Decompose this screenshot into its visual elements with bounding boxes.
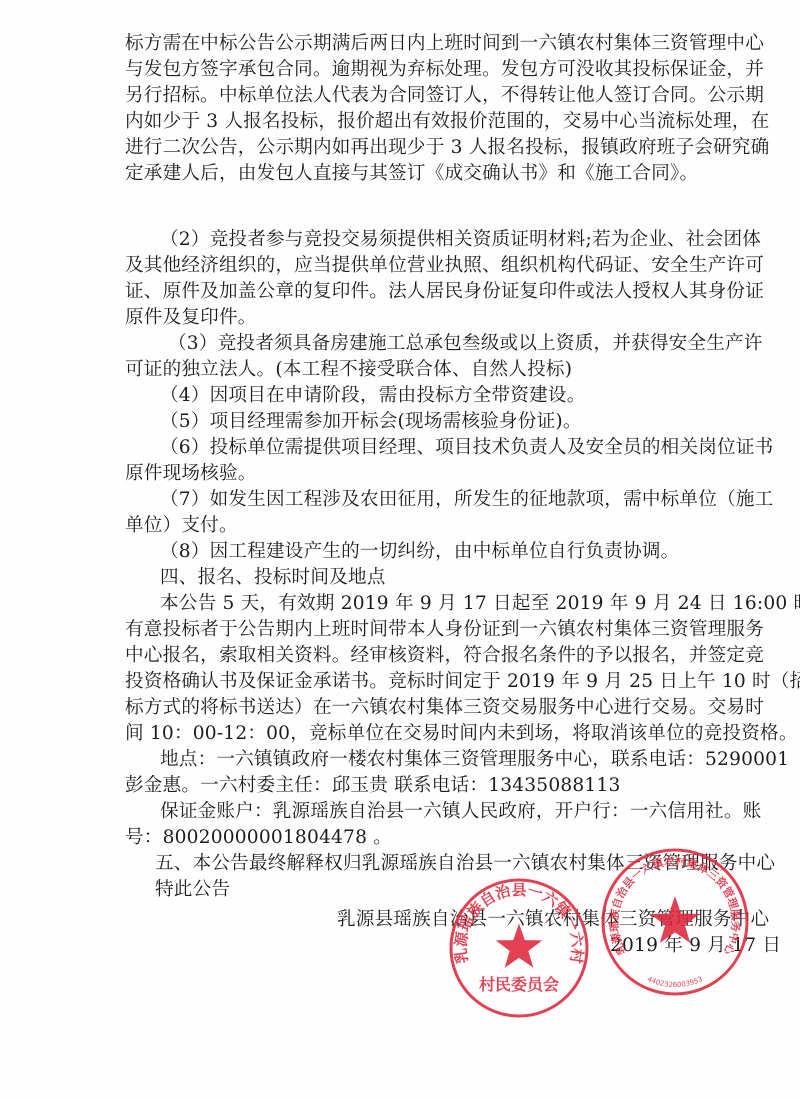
document-line: 2019 年 9 月 17 日 <box>610 935 765 957</box>
document-line: （5）项目经理需参加开标会(现场需核验身份证)。 <box>160 411 570 433</box>
document-line: 有意投标者于公告期内上班时间带本人身份证到一六镇农村集体三资管理服务 <box>125 619 765 641</box>
document-line: （7）如发生因工程涉及农田征用，所发生的征地款项，需中标单位（施工 <box>160 489 765 511</box>
document-line: （8）因工程建设产生的一切纠纷，由中标单位自行负责协调。 <box>160 541 660 563</box>
document-line: 标方需在中标公告公示期满后两日内上班时间到一六镇农村集体三资管理中心 <box>125 33 765 55</box>
document-line: 可证的独立法人。(本工程不接受联合体、自然人投标) <box>125 359 595 381</box>
document-line: 五、本公告最终解释权归乳源瑶族自治县一六镇农村集体三资管理服务中心 <box>155 853 765 875</box>
document-line: 乳源县瑶族自治县一六镇农村集体三资管理服务中心 <box>337 909 765 931</box>
document-line: 保证金账户：乳源瑶族自治县一六镇人民政府，开户行：一六信用社。账 <box>160 801 765 823</box>
document-line: 四、报名、投标时间及地点 <box>160 567 410 589</box>
document-line: 彭金惠。一六村委主任：邱玉贵 联系电话：13435088113 <box>125 775 525 797</box>
document-line: （4）因项目在申请阶段，需由投标方全带资建设。 <box>160 385 600 407</box>
document-line: 进行二次公告，公示期内如再出现少于 3 人报名投标，报镇政府班子会研究确 <box>125 137 765 159</box>
document-line: 及其他经济组织的，应当提供单位营业执照、组织机构代码证、安全生产许可 <box>125 255 765 277</box>
document-line: 原件及复印件。 <box>125 307 245 329</box>
document-page: 标方需在中标公告公示期满后两日内上班时间到一六镇农村集体三资管理中心与发包方签字… <box>0 0 800 1100</box>
document-line: 间 10：00-12：00，竞标单位在交易时间内未到场，将取消该单位的竞投资格。 <box>125 723 765 745</box>
svg-text:村民委员会: 村民委员会 <box>479 975 559 994</box>
document-line: 证、原件及加盖公章的复印件。法人居民身份证复印件或法人授权人其身份证 <box>125 281 765 303</box>
document-line: 与发包方签字承包合同。逾期视为弃标处理。发包方可没收其投标保证金，并 <box>125 59 765 81</box>
document-line: 定承建人后，由发包人直接与其签订《成交确认书》和《施工合同》。 <box>125 163 645 185</box>
document-line: 地点：一六镇镇政府一楼农村集体三资管理服务中心，联系电话：5290001 <box>160 749 765 771</box>
document-line: 投资格确认书及保证金承诺书。竞标时间定于 2019 年 9 月 25 日上午 1… <box>125 671 765 693</box>
document-line: 特此公告 <box>155 879 235 901</box>
document-line: 内如少于 3 人报名投标，报价超出有效报价范围的，交易中心当流标处理，在 <box>125 111 765 133</box>
document-line: （2）竞投者参与竞投交易须提供相关资质证明材料;若为企业、社会团体 <box>160 229 765 251</box>
document-line: 号：80020000001804478 。 <box>125 827 355 849</box>
document-line: 中心报名，索取相关资料。经审核资料，符合报名条件的予以报名，并签定竞 <box>125 645 765 667</box>
document-line: （3）竞投者须具备房建施工总承包叁级或以上资质，并获得安全生产许 <box>168 333 765 355</box>
document-line: 本公告 5 天，有效期 2019 年 9 月 17 日起至 2019 年 9 月… <box>160 593 765 615</box>
document-line: 单位）支付。 <box>125 515 255 537</box>
svg-text:4402326003953: 4402326003953 <box>646 975 704 989</box>
document-line: （6）投标单位需提供项目经理、项目技术负责人及安全员的相关岗位证书 <box>160 437 765 459</box>
village-committee-seal: 乳源瑶族自治县一六镇一六村村民委员会 <box>446 875 592 1021</box>
document-line: 另行招标。中标单位法人代表为合同签订人，不得转让他人签订合同。公示期 <box>125 85 765 107</box>
document-line: 标方式的将标书送达）在一六镇农村集体三资交易服务中心进行交易。交易时 <box>125 697 765 719</box>
document-line: 原件现场核验。 <box>125 463 290 485</box>
